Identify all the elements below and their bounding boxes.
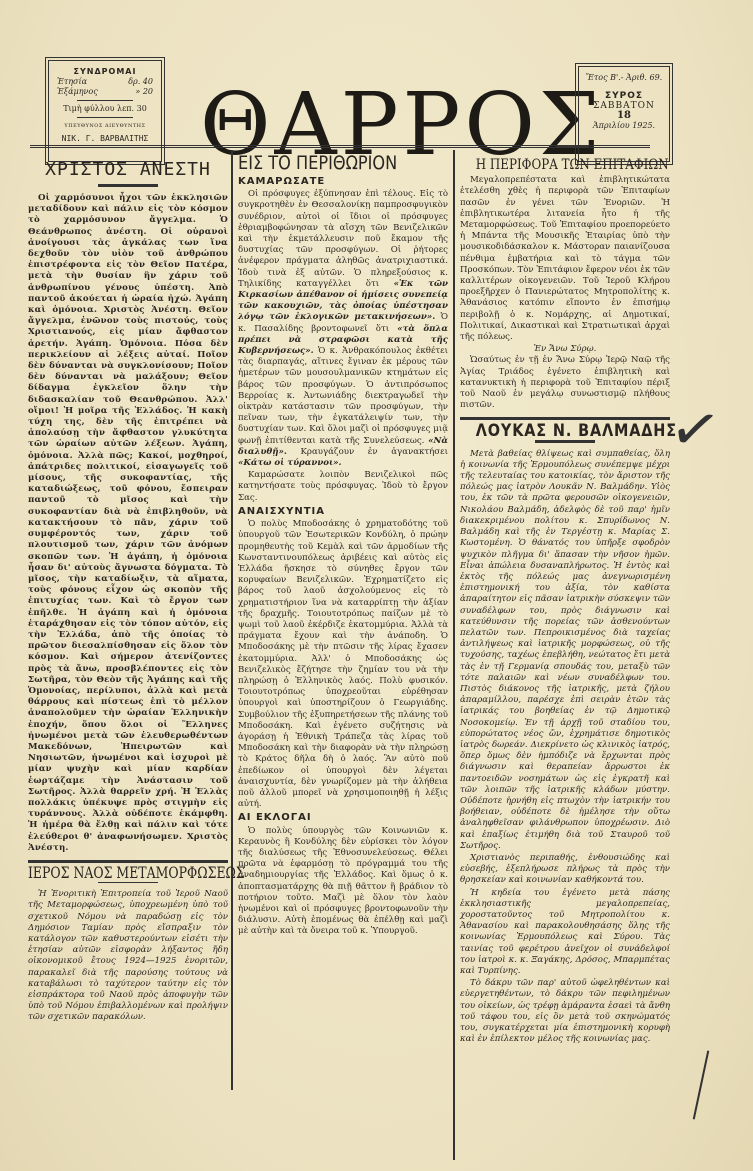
article-headline: ΛΟΥΚΑΣ Ν. ΒΑΛΜΑΔΗΣ — [476, 426, 655, 437]
column-2: ΕΙΣ ΤΟ ΠΕΡΙΘΩΡΙΟΝ ΚΑΜΑΡΩΣΑΤΕ Οἱ πρόσφυγε… — [238, 152, 448, 939]
issue-price: Τιμὴ φύλλου λεπ. 30 — [49, 104, 161, 114]
article-body: Ὁ πολὺς ὑπουργὸς τῶν Κοινωνιῶν κ. Κεραυν… — [238, 826, 448, 938]
column-divider — [231, 150, 233, 1090]
divider — [98, 882, 158, 883]
article-headline: ΕΙΣ ΤΟ ΠΕΡΙΘΩΡΙΟΝ — [238, 152, 417, 174]
article-body: Ἡ Ἐνοριτικὴ Ἐπιτροπεία τοῦ Ἱεροῦ Ναοῦ τῆ… — [28, 889, 228, 1023]
divider — [77, 117, 133, 118]
handwritten-checkmark-icon: ✓ — [664, 391, 726, 469]
section-subhead: ΚΑΜΑΡΩΣΑΤΕ — [238, 176, 448, 187]
section-subhead: Ἐν Ἄνω Σύρῳ. — [460, 344, 670, 355]
newspaper-page: ΣΥΝΔΡΟΜΑΙ Ἐτησία δρ. 40 Ἑξάμηνος » 20 Τι… — [0, 0, 753, 1171]
issue-number: Ἔτος Β'.- Ἀριθ. 69. — [579, 73, 669, 83]
subscription-row-annual: Ἐτησία δρ. 40 — [49, 77, 161, 87]
article-body: Καμαρώσατε λοιπὸν Βενιζελικοὶ πῶς κατηντ… — [238, 470, 448, 504]
column-3: Η ΠΕΡΙΦΟΡΑ ΤΩΝ ΕΠΙΤΑΦΙΩΝ Μεγαλοπρεπέστατ… — [460, 152, 670, 1046]
article-headline: ΙΕΡΟΣ ΝΑΟΣ ΜΕΤΑΜΟΡΦΩΣΕΩΣ — [28, 867, 184, 878]
article-body: Ἡ κηδεία του ἐγένετο μετὰ πάσης ἐκκλησια… — [460, 888, 670, 978]
handwritten-line-mark — [693, 1051, 710, 1120]
article-body: Μεγαλοπρεπέστατα καὶ ἐπιβλητικώτατα ἐτελ… — [460, 175, 670, 343]
article-body: Ὁ πολὺς Μποδοσάκης ὁ χρηματοδότης τοῦ ὑπ… — [238, 519, 448, 810]
divider — [98, 184, 158, 187]
director-name: ΝΙΚ. Γ. ΒΑΡΒΑΛΙΤΗΣ — [49, 134, 161, 144]
divider — [77, 100, 133, 101]
masthead: ΣΥΝΔΡΟΜΑΙ Ἐτησία δρ. 40 Ἑξάμηνος » 20 Τι… — [30, 40, 660, 140]
issue-place: ΣΥΡΟΣ — [579, 91, 669, 101]
column-divider — [453, 150, 455, 1160]
subscription-row-semiannual: Ἑξάμηνος » 20 — [49, 87, 161, 97]
divider — [460, 417, 670, 420]
article-body: Μετὰ βαθείας θλίψεως καὶ συμπαθείας, ὅλη… — [460, 449, 670, 852]
quote: «Κάτω οἱ τύραννοι». — [238, 458, 342, 468]
article-body: Οἱ πρόσφυγες ἐξύπνησαν ἐπὶ τέλους. Εἰς τ… — [238, 189, 448, 469]
article-body: Οἱ χαρμόσυνοι ἦχοι τῶν ἐκκλησιῶν μεταδίδ… — [28, 193, 228, 854]
article-body: Τὸ δάκρυ τῶν παρ' αὐτοῦ ὠφεληθέντων καὶ … — [460, 978, 670, 1045]
director-label: ΥΠΕΥΘΥΝΟΣ ΔΙΕΥΘΥΝΤΗΣ — [49, 121, 161, 131]
article-headline: Η ΠΕΡΙΦΟΡΑ ΤΩΝ ΕΠΙΤΑΦΙΩΝ — [476, 160, 655, 171]
masthead-rule — [30, 145, 650, 148]
issue-month-year: Ἀπριλίου 1925. — [579, 121, 669, 131]
article-body: Χριστιανὸς περιπαθής, ἐνθουσιώδης καὶ εὐ… — [460, 853, 670, 887]
article-body: Ὡσαύτως ἐν τῇ ἐν Ἄνω Σύρῳ Ἱερῷ Ναῷ τῆς Ἁ… — [460, 355, 670, 411]
section-subhead: ΑΝΑΙΣΧΥΝΤΙΑ — [238, 506, 448, 517]
subscription-heading: ΣΥΝΔΡΟΜΑΙ — [49, 67, 161, 77]
issue-date-number: 18 — [579, 111, 669, 121]
article-headline: ΧΡΙΣΤΟΣ ΑΝΕΣΤΗ — [28, 158, 228, 182]
section-subhead: ΑΙ ΕΚΛΟΓΑΙ — [238, 812, 448, 823]
column-1: ΧΡΙΣΤΟΣ ΑΝΕΣΤΗ Οἱ χαρμόσυνοι ἦχοι τῶν ἐκ… — [28, 152, 228, 1025]
